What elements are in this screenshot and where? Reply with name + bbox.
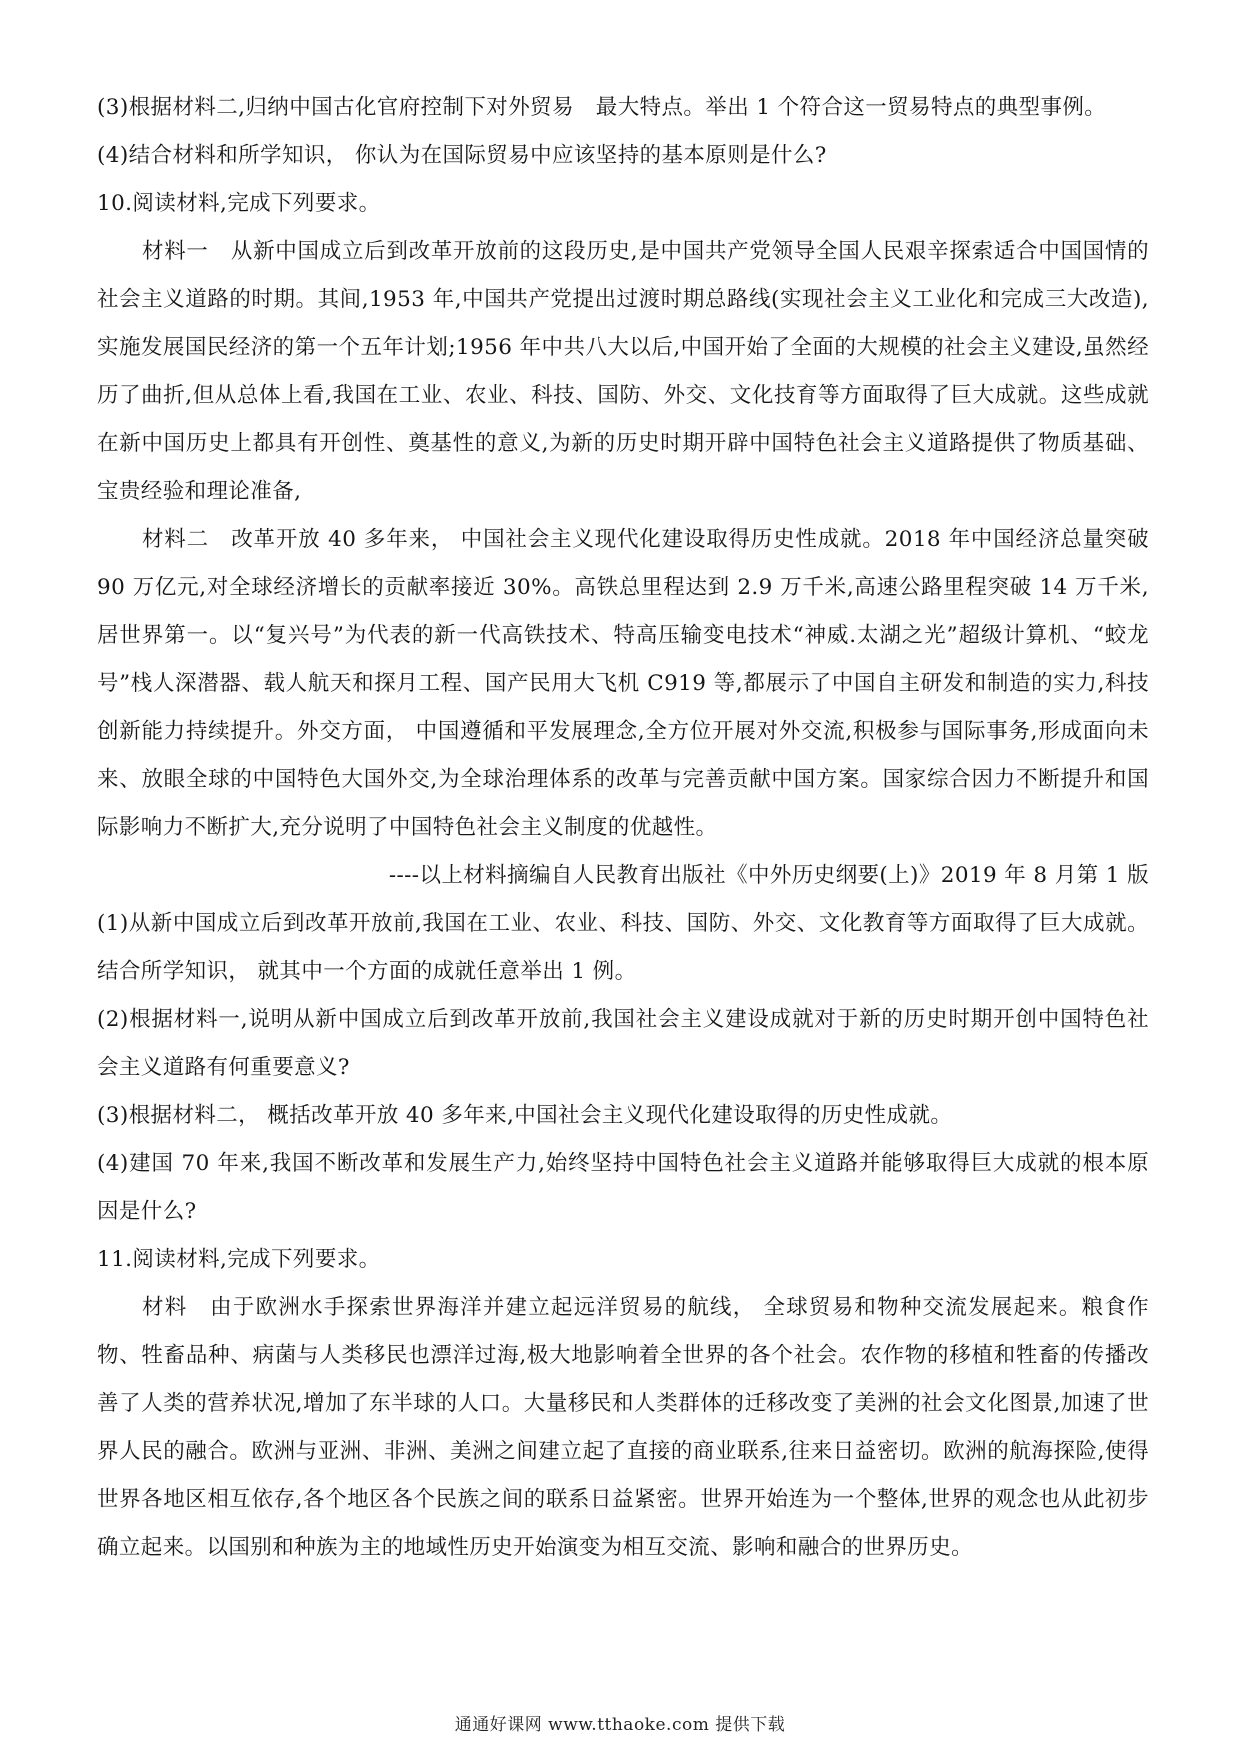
question-11-header: 11.阅读材料,完成下列要求。 — [97, 1236, 1149, 1284]
question-10-header: 10.阅读材料,完成下列要求。 — [97, 180, 1149, 228]
exam-page-body: (3)根据材料二,归纳中国古化官府控制下对外贸易 最大特点。举出 1 个符合这一… — [97, 84, 1149, 1572]
question-10-part-4: (4)建国 70 年来,我国不断改革和发展生产力,始终坚持中国特色社会主义道路并… — [97, 1140, 1149, 1236]
question-10-material-1: 材料一 从新中国成立后到改革开放前的这段历史,是中国共产党领导全国人民艰辛探索适… — [97, 228, 1149, 516]
question-11-material: 材料 由于欧洲水手探索世界海洋并建立起远洋贸易的航线， 全球贸易和物种交流发展起… — [97, 1284, 1149, 1572]
question-9-part-4: (4)结合材料和所学知识， 你认为在国际贸易中应该坚持的基本原则是什么? — [97, 132, 1149, 180]
question-10-part-2: (2)根据材料一,说明从新中国成立后到改革开放前,我国社会主义建设成就对于新的历… — [97, 996, 1149, 1092]
question-9-part-3: (3)根据材料二,归纳中国古化官府控制下对外贸易 最大特点。举出 1 个符合这一… — [97, 84, 1149, 132]
question-10-part-3: (3)根据材料二， 概括改革开放 40 多年来,中国社会主义现代化建设取得的历史… — [97, 1092, 1149, 1140]
question-10-part-1: (1)从新中国成立后到改革开放前,我国在工业、农业、科技、国防、外交、文化教育等… — [97, 900, 1149, 996]
site-watermark-footer: 通通好课网 www.tthaoke.com 提供下载 — [0, 1714, 1240, 1736]
question-10-material-2: 材料二 改革开放 40 多年来， 中国社会主义现代化建设取得历史性成就。2018… — [97, 516, 1149, 852]
question-10-source-attribution: ----以上材料摘编自人民教育出版社《中外历史纲要(上)》2019 年 8 月第… — [97, 852, 1149, 900]
